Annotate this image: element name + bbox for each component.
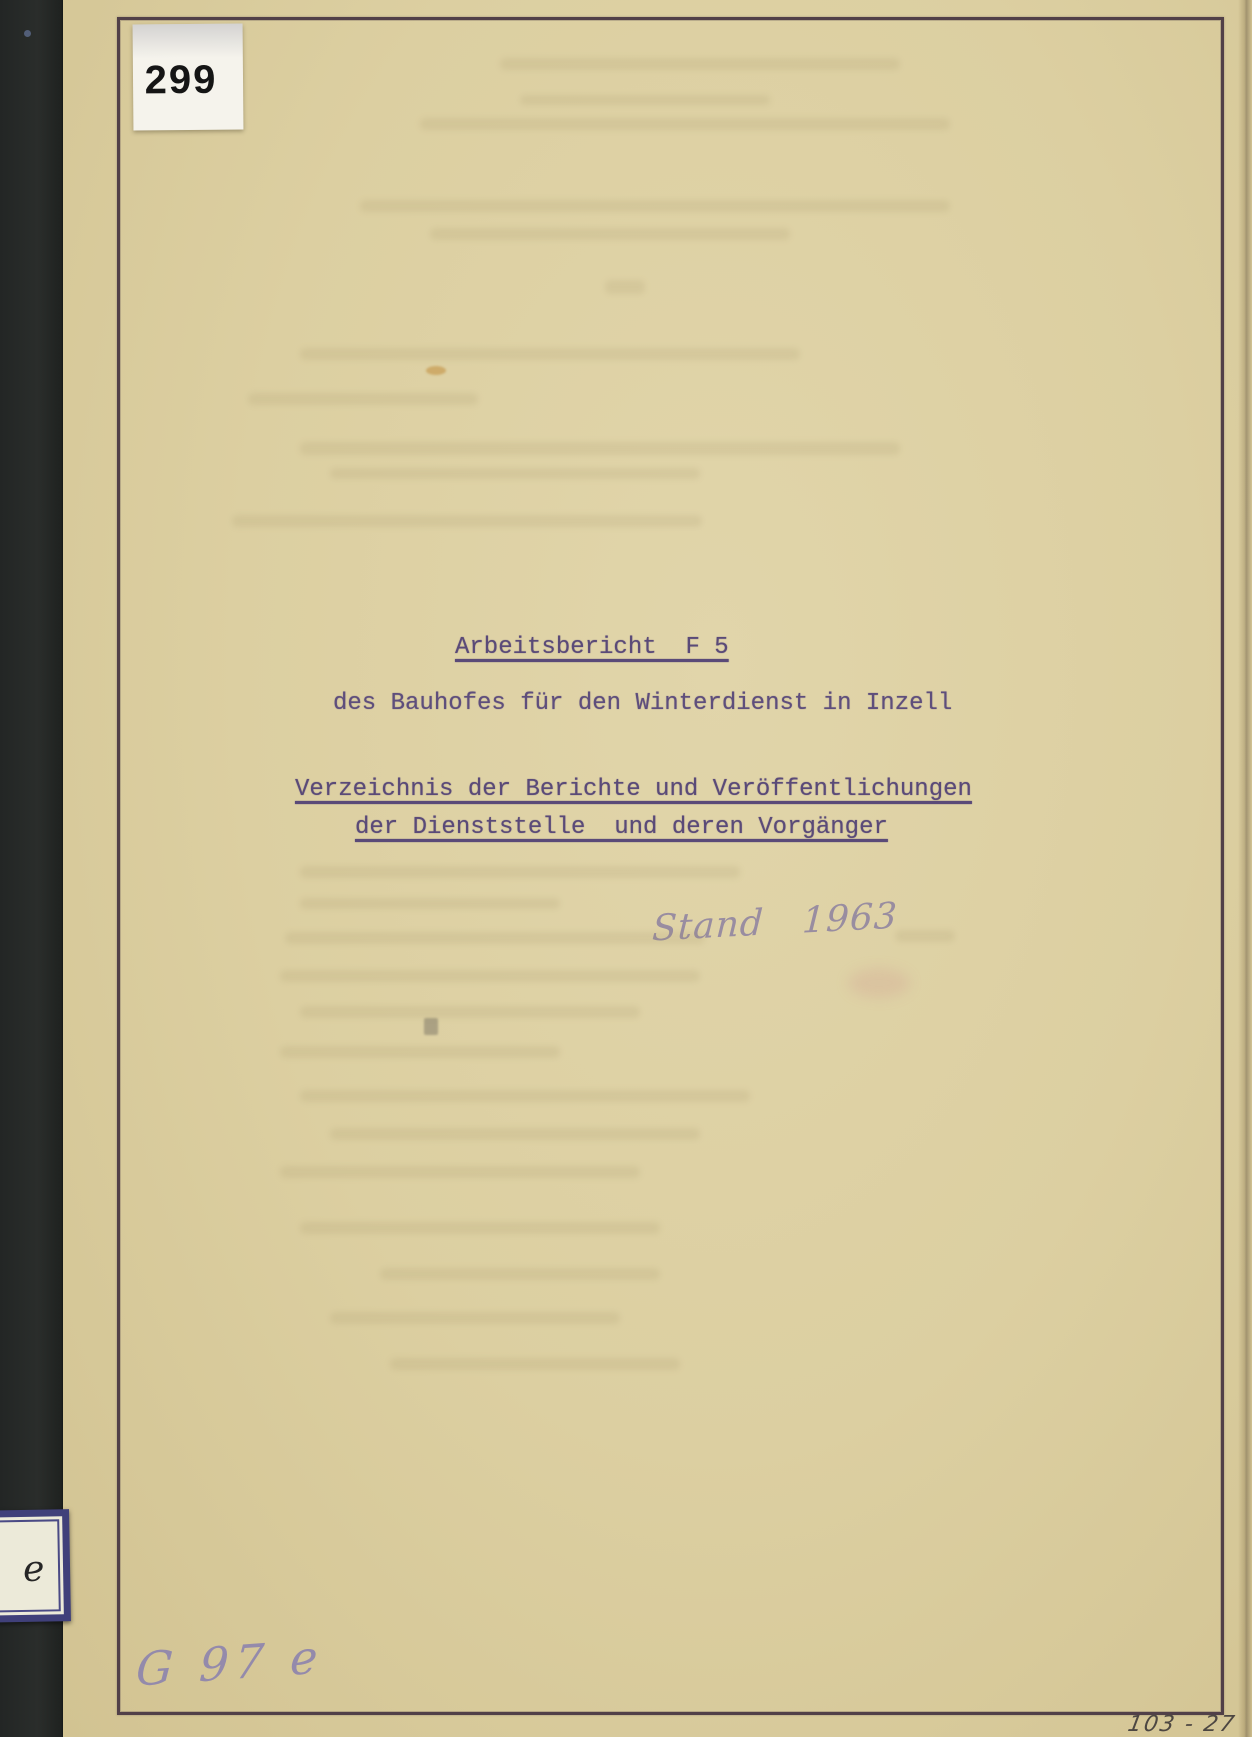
scan-artifact bbox=[520, 95, 770, 105]
document-subtitle: des Bauhofes für den Winterdienst in Inz… bbox=[333, 690, 952, 717]
scan-artifact bbox=[280, 1046, 560, 1058]
scan-artifact bbox=[232, 515, 702, 527]
scan-artifact bbox=[848, 968, 910, 998]
scan-artifact bbox=[300, 1006, 640, 1018]
scan-artifact bbox=[605, 280, 645, 294]
scan-artifact bbox=[300, 1222, 660, 1234]
book-binding-strip bbox=[0, 0, 63, 1737]
side-label-letter: e bbox=[23, 1549, 45, 1590]
scanned-document-page: 299 Arbeitsbericht F 5 des Bauhofes für … bbox=[0, 0, 1252, 1737]
scan-artifact bbox=[895, 930, 955, 942]
scan-artifact bbox=[380, 1268, 660, 1280]
scan-artifact bbox=[420, 118, 950, 130]
scan-artifact bbox=[300, 1090, 750, 1102]
scan-artifact bbox=[285, 932, 705, 944]
document-heading-line2: der Dienststelle und deren Vorgänger bbox=[355, 814, 888, 841]
scan-artifact bbox=[300, 442, 900, 455]
scan-artifact bbox=[390, 1358, 680, 1370]
scan-artifact bbox=[280, 970, 700, 982]
binding-speck bbox=[24, 30, 31, 37]
document-heading-line1: Verzeichnis der Berichte und Veröffentli… bbox=[295, 776, 972, 803]
scan-artifact bbox=[426, 366, 446, 375]
paper-right-edge-shadow bbox=[1238, 0, 1252, 1737]
scan-artifact bbox=[430, 228, 790, 240]
archive-number: 299 bbox=[133, 58, 229, 104]
scan-artifact bbox=[424, 1018, 438, 1035]
scan-artifact bbox=[300, 898, 560, 909]
document-title: Arbeitsbericht F 5 bbox=[455, 634, 729, 661]
scan-artifact bbox=[300, 348, 800, 360]
scan-artifact bbox=[330, 1312, 620, 1324]
side-spine-label: e bbox=[0, 1509, 71, 1623]
scan-artifact bbox=[500, 58, 900, 70]
scan-artifact bbox=[280, 1166, 640, 1178]
archive-number-label: 299 bbox=[133, 24, 244, 131]
scan-artifact bbox=[248, 393, 478, 405]
scan-artifact bbox=[330, 468, 700, 479]
scan-artifact bbox=[300, 866, 740, 878]
archive-stamp-number: 103 - 27 bbox=[1126, 1712, 1238, 1737]
side-label-face: e bbox=[0, 1516, 64, 1615]
scan-artifact bbox=[330, 1128, 700, 1140]
scan-artifact bbox=[360, 200, 950, 212]
